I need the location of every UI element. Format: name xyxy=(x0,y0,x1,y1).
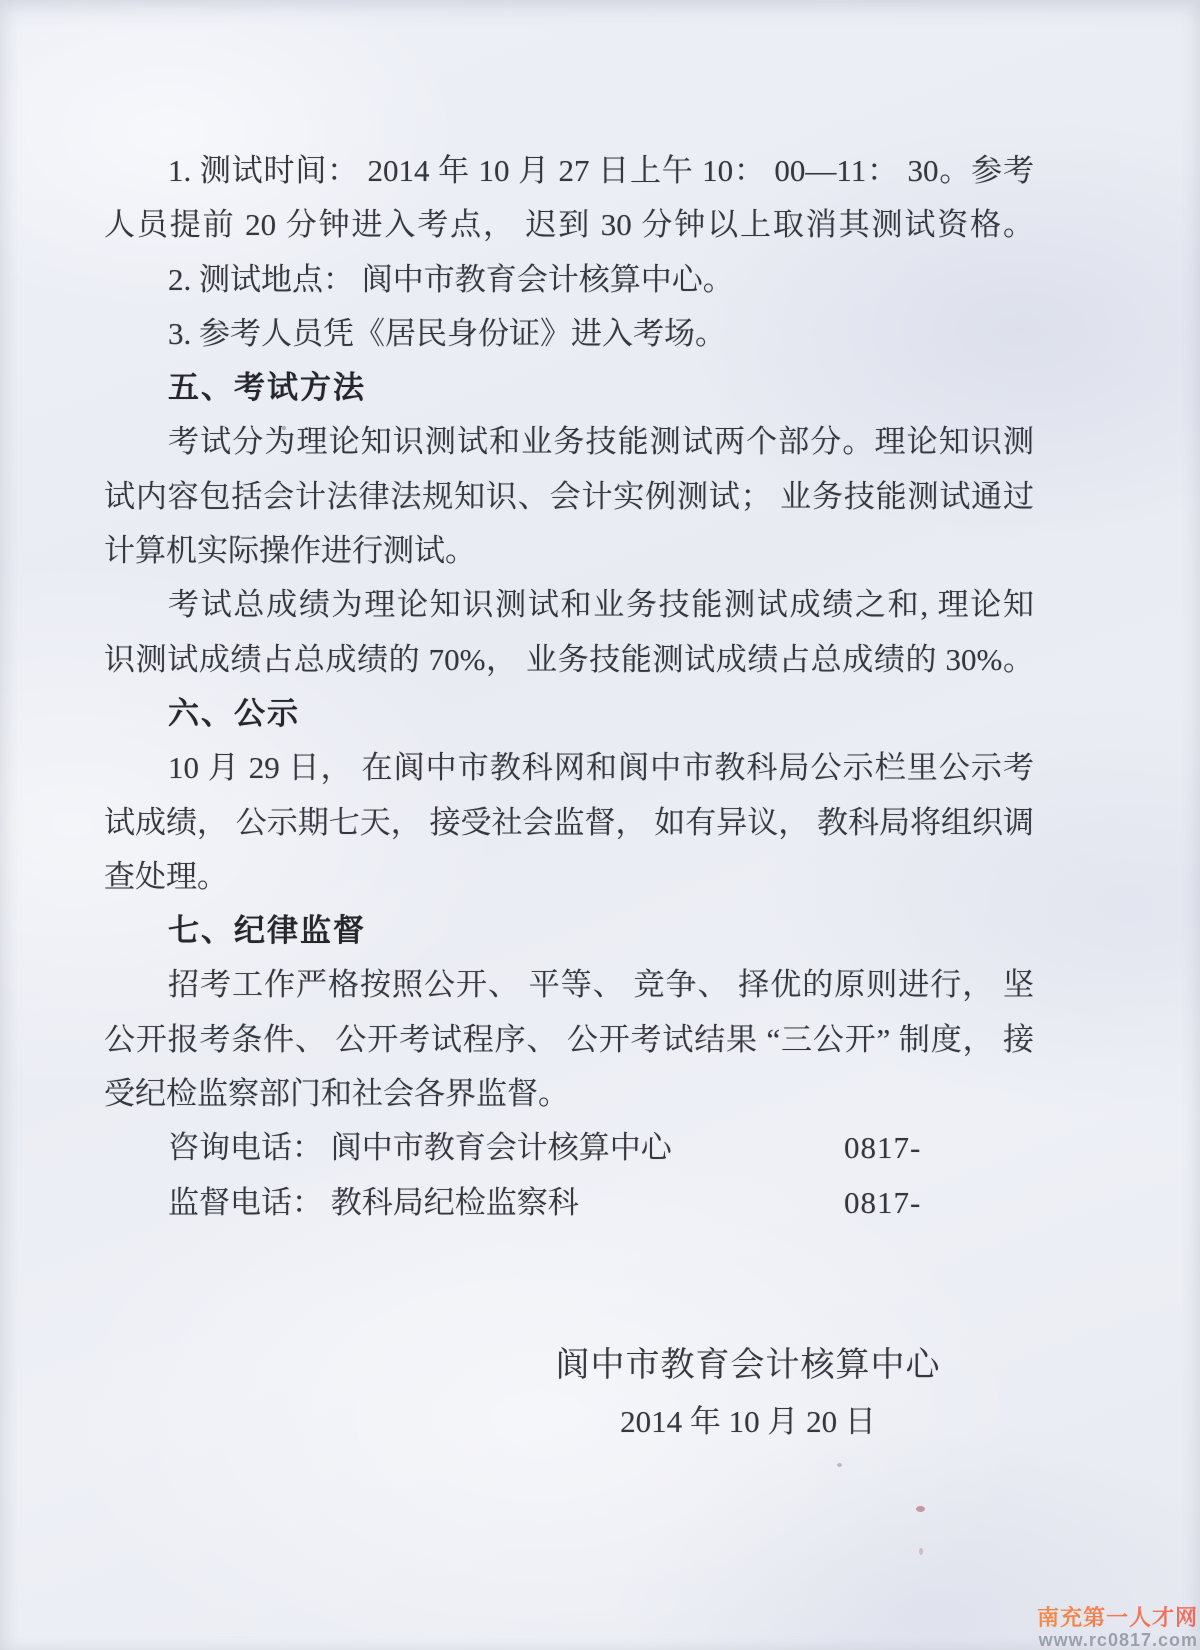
scanned-document-page: 1. 测试时间： 2014 年 10 月 27 日上午 10： 00—11： 3… xyxy=(0,0,1200,1650)
document-body: 1. 测试时间： 2014 年 10 月 27 日上午 10： 00—11： 3… xyxy=(104,144,1034,1230)
document-line: 试内容包括会计法律法规知识、会计实例测试； 业务技能测试通过 xyxy=(104,470,1034,524)
watermark-site-url: www.rc0817.com xyxy=(1037,1630,1198,1650)
document-line: 计算机实际操作进行测试。 xyxy=(104,524,1034,578)
document-line: 人员提前 20 分钟进入考点， 迟到 30 分钟以上取消其测试资格。 xyxy=(104,198,1034,252)
contact-phone: 0817-6306061 xyxy=(780,1176,1034,1230)
site-watermark: 南充第一人才网 www.rc0817.com xyxy=(1037,1606,1198,1650)
document-line: 受纪检监察部门和社会各界监督。 xyxy=(104,1067,1034,1121)
document-line: 2. 测试地点： 阆中市教育会计核算中心。 xyxy=(104,253,1034,307)
signature-date: 2014 年 10 月 20 日 xyxy=(448,1394,1048,1450)
document-line: 试成绩， 公示期七天， 接受社会监督， 如有异议， 教科局将组织调 xyxy=(104,796,1034,850)
section-heading: 七、纪律监督 xyxy=(104,904,1034,958)
document-line: 招考工作严格按照公开、 平等、 竞争、 择优的原则进行， 坚持 xyxy=(104,958,1034,1012)
document-line: 识测试成绩占总成绩的 70%， 业务技能测试成绩占总成绩的 30%。 xyxy=(104,633,1034,687)
contact-label: 咨询电话： 阆中市教育会计核算中心 xyxy=(168,1130,672,1165)
contact-label: 监督电话： 教科局纪检监察科 xyxy=(168,1185,579,1220)
document-line: 3. 参考人员凭《居民身份证》进入考场。 xyxy=(104,307,1034,361)
signature-org: 阆中市教育会计核算中心 xyxy=(448,1338,1048,1394)
contact-line: 咨询电话： 阆中市教育会计核算中心0817-6306719 xyxy=(104,1121,1034,1175)
paper-ink-speck xyxy=(837,1463,842,1467)
document-line: 10 月 29 日， 在阆中市教科网和阆中市教科局公示栏里公示考 xyxy=(104,741,1034,795)
signature-block: 阆中市教育会计核算中心 2014 年 10 月 20 日 xyxy=(448,1338,1048,1450)
document-line: 公开报考条件、 公开考试程序、 公开考试结果 “三公开” 制度， 接 xyxy=(104,1013,1034,1067)
section-heading: 五、考试方法 xyxy=(104,361,1034,415)
document-line: 考试分为理论知识测试和业务技能测试两个部分。理论知识测 xyxy=(104,415,1034,469)
document-line: 考试总成绩为理论知识测试和业务技能测试成绩之和, 理论知 xyxy=(104,578,1034,632)
watermark-site-name: 南充第一人才网 xyxy=(1037,1606,1198,1630)
contact-line: 监督电话： 教科局纪检监察科0817-6306061 xyxy=(104,1176,1034,1230)
section-heading: 六、公示 xyxy=(104,687,1034,741)
contact-phone: 0817-6306719 xyxy=(780,1121,1034,1175)
document-line: 查处理。 xyxy=(104,850,1034,904)
paper-ink-speck xyxy=(916,1506,925,1512)
document-line: 1. 测试时间： 2014 年 10 月 27 日上午 10： 00—11： 3… xyxy=(104,144,1034,198)
paper-ink-speck xyxy=(919,1548,923,1555)
